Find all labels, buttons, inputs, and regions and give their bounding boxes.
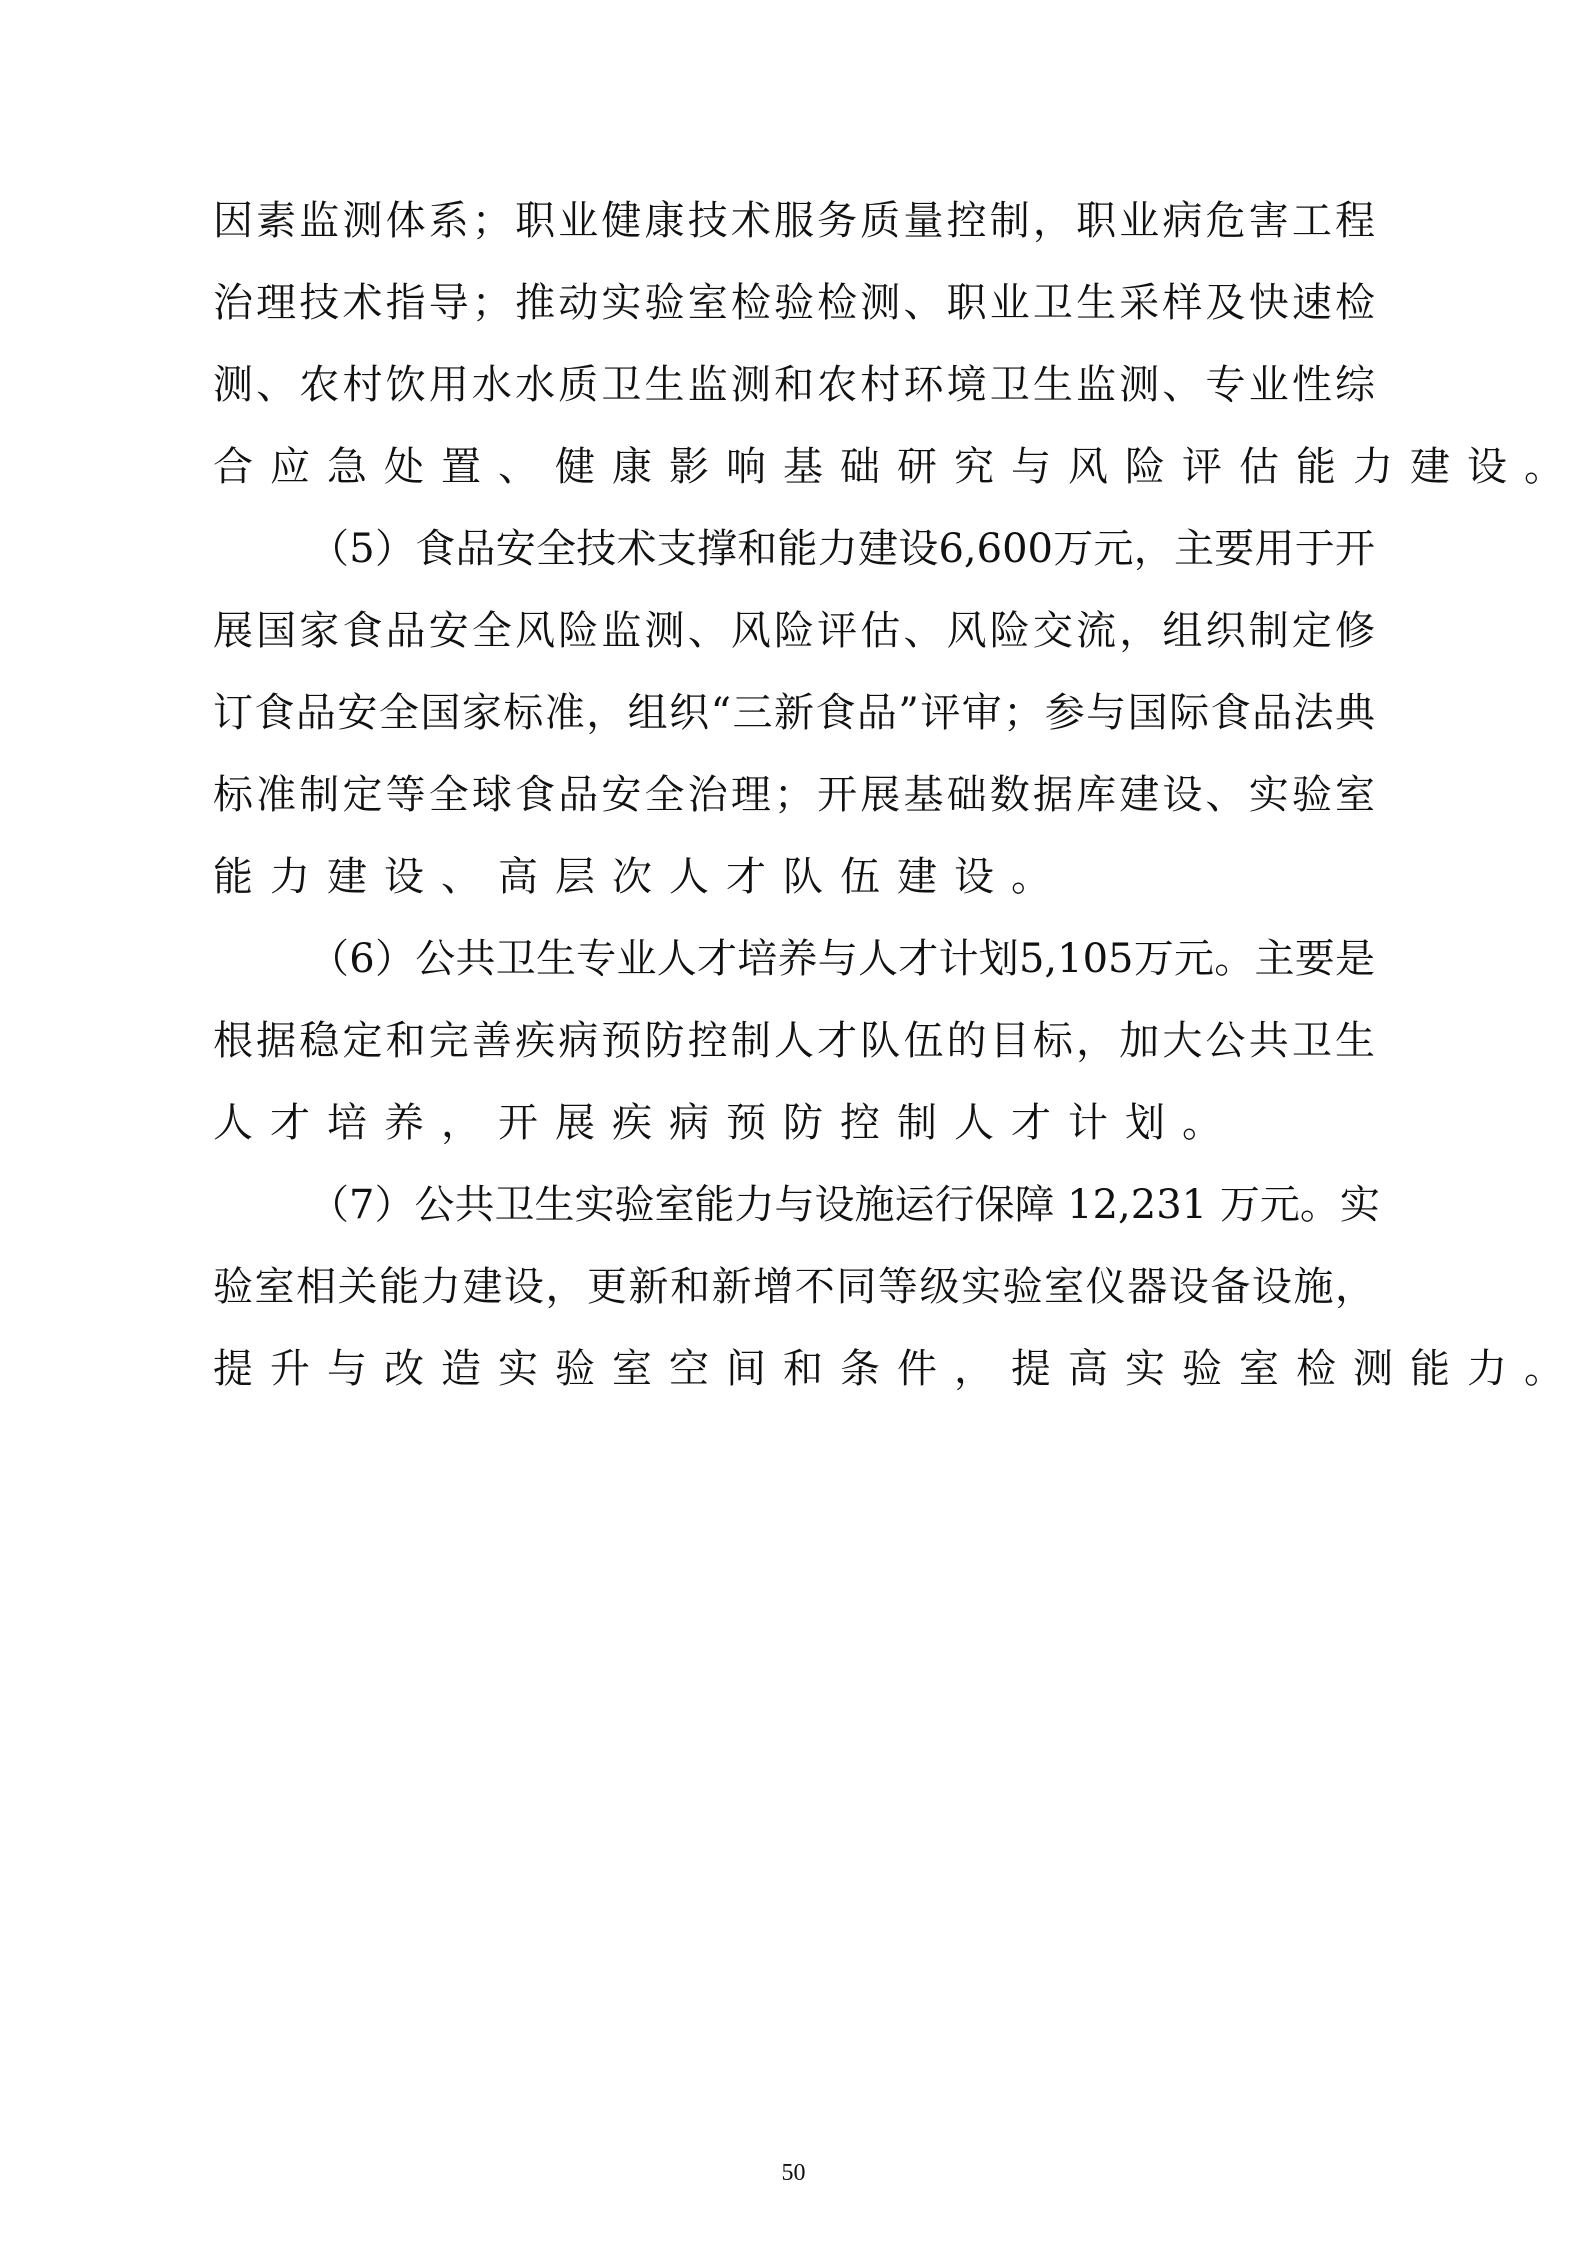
document-page: 因素监测体系；职业健康技术服务质量控制，职业病危害工程 治理技术指导；推动实验室… (0, 0, 1587, 2245)
paragraph-continuation: 因素监测体系；职业健康技术服务质量控制，职业病危害工程 治理技术指导；推动实验室… (213, 192, 1375, 520)
paragraph-item-6: （6）公共卫生专业人才培养与人才计划5,105万元。主要是 根据稳定和完善疾病预… (213, 930, 1375, 1176)
text-line: 验室相关能力建设，更新和新增不同等级实验室仪器设备设施， (213, 1258, 1375, 1340)
text-line: 合应急处置、健康影响基础研究与风险评估能力建设。 (213, 438, 1375, 520)
text-line: 提升与改造实验室空间和条件，提高实验室检测能力。 (213, 1340, 1375, 1422)
text-line: 能力建设、高层次人才队伍建设。 (213, 848, 1375, 930)
text-line: （7）公共卫生实验室能力与设施运行保障 12,231 万元。实 (213, 1176, 1375, 1258)
body-text: 因素监测体系；职业健康技术服务质量控制，职业病危害工程 治理技术指导；推动实验室… (213, 192, 1375, 1422)
paragraph-item-7: （7）公共卫生实验室能力与设施运行保障 12,231 万元。实 验室相关能力建设… (213, 1176, 1375, 1422)
text-line: 因素监测体系；职业健康技术服务质量控制，职业病危害工程 (213, 192, 1375, 274)
text-line: （5）食品安全技术支撑和能力建设6,600万元，主要用于开 (213, 520, 1375, 602)
page-number: 50 (0, 2160, 1587, 2187)
text-line: 治理技术指导；推动实验室检验检测、职业卫生采样及快速检 (213, 274, 1375, 356)
text-line: 测、农村饮用水水质卫生监测和农村环境卫生监测、专业性综 (213, 356, 1375, 438)
text-line: 标准制定等全球食品安全治理；开展基础数据库建设、实验室 (213, 766, 1375, 848)
paragraph-item-5: （5）食品安全技术支撑和能力建设6,600万元，主要用于开 展国家食品安全风险监… (213, 520, 1375, 930)
text-line: 人才培养，开展疾病预防控制人才计划。 (213, 1094, 1375, 1176)
text-line: 订食品安全国家标准，组织“三新食品”评审；参与国际食品法典 (213, 684, 1375, 766)
text-line: 展国家食品安全风险监测、风险评估、风险交流，组织制定修 (213, 602, 1375, 684)
text-line: （6）公共卫生专业人才培养与人才计划5,105万元。主要是 (213, 930, 1375, 1012)
text-line: 根据稳定和完善疾病预防控制人才队伍的目标，加大公共卫生 (213, 1012, 1375, 1094)
